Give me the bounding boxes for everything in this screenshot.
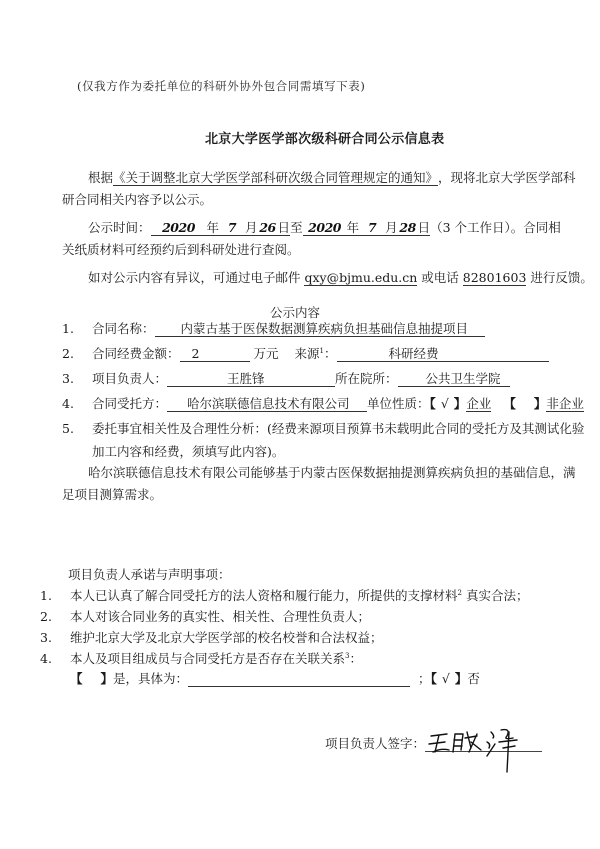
- end-year-char: 年: [347, 221, 360, 236]
- institute-field[interactable]: 公共卫生学院: [398, 372, 510, 387]
- contractor-label: 合同受托方：: [92, 396, 167, 411]
- entity-type-label: 单位性质：: [367, 396, 430, 411]
- end-year-field[interactable]: 2020: [303, 221, 347, 236]
- contract-name-label: 合同名称：: [92, 321, 155, 336]
- signature-label: 项目负责人签字：: [325, 736, 425, 751]
- pledge-title: 项目负责人承诺与声明事项：: [68, 565, 231, 583]
- funding-source-field[interactable]: 科研经费: [337, 347, 549, 362]
- pledge-item-4: 4.本人及项目组成员与合同受托方是否存在关联关系3：: [40, 649, 362, 667]
- objection-paragraph: 如对公示内容有异议，可通过电子邮件 qxy@bjmu.edu.cn 或电话 82…: [62, 268, 593, 286]
- entity-type-enterprise-label: 企业: [466, 397, 491, 412]
- pledge-item-2: 2.本人对该合同业务的真实性、相关性、合理性负责人；: [40, 607, 370, 625]
- project-lead-label: 项目负责人：: [92, 371, 167, 386]
- publicity-period: 公示时间：2020年7月26日至2020年7月28日（3 个工作日）。合同相: [62, 218, 561, 236]
- working-days-note: （3 个工作日）。合同相: [430, 220, 561, 235]
- relevance-analysis-hint: (经费来源项目预算书未载明此合同的受托方及其测试化验: [267, 421, 584, 436]
- publicity-period-label: 公示时间：: [88, 220, 151, 235]
- scope-note: (仅我方作为委托单位的科研外协外包合同需填写下表): [77, 78, 365, 94]
- entity-type-non-enterprise-checkbox[interactable]: 【】: [503, 396, 546, 411]
- end-month-char: 月: [385, 221, 398, 236]
- handwritten-signature-icon: [425, 722, 545, 774]
- relation-yes-checkbox[interactable]: 【】: [70, 671, 113, 686]
- pledge-item-3: 3.维护北京大学及北京大学医学部的校名校誉和合法权益；: [40, 628, 383, 646]
- end-day-char: 日: [418, 221, 431, 236]
- relevance-analysis-row: 5.委托事宜相关性及合理性分析：(经费来源项目预算书未载明此合同的受托方及其测试…: [62, 419, 584, 437]
- start-year-field[interactable]: 2020: [151, 221, 207, 236]
- end-month-field[interactable]: 7: [359, 221, 385, 236]
- intro-paragraph-line2: 研合同相关内容予以公示。: [62, 190, 212, 208]
- intro-prefix: 根据: [88, 170, 113, 185]
- funding-source-label: 来源: [295, 346, 320, 361]
- start-month-field[interactable]: 7: [219, 221, 245, 236]
- page-title: 北京大学医学部次级科研合同公示信息表: [205, 128, 444, 147]
- relevance-analysis-text[interactable]: 哈尔滨联德信息技术有限公司能够基于内蒙古医保数据抽提测算疾病负担的基础信息，满: [62, 463, 576, 481]
- signature-field[interactable]: [425, 734, 542, 752]
- project-lead-field[interactable]: 王胜锋: [167, 372, 335, 387]
- regulation-reference-link[interactable]: 《关于调整北京大学医学部科研次级合同管理规定的通知》: [113, 171, 438, 186]
- contractor-row: 4.合同受托方：哈尔滨联德信息技术有限公司单位性质：【√】企业【】非企业: [62, 394, 584, 412]
- start-day-char: 日: [278, 221, 291, 236]
- contract-amount-row: 2.合同经费金额：2万元来源1：科研经费: [62, 344, 549, 362]
- entity-type-enterprise-checkbox[interactable]: 【√】: [430, 396, 467, 411]
- intro-paragraph: 根据《关于调整北京大学医学部科研次级合同管理规定的通知》，现将北京大学医学部科: [62, 168, 572, 186]
- institute-label: 所在院所：: [335, 371, 398, 386]
- email-link[interactable]: qxy@bjmu.edu.cn: [304, 271, 417, 286]
- signature-row: 项目负责人签字：: [325, 734, 542, 752]
- relevance-analysis-label: 委托事宜相关性及合理性分析：: [92, 421, 267, 436]
- end-day-field[interactable]: 28: [398, 221, 418, 236]
- intro-suffix: ，现将北京大学医学部科: [438, 170, 576, 185]
- contract-amount-label: 合同经费金额：: [92, 346, 180, 361]
- to-char: 至: [290, 220, 303, 235]
- relation-options-row: 【】是，具体为：；【√】否: [70, 669, 480, 687]
- project-lead-row: 3.项目负责人：王胜锋所在院所：公共卫生学院: [62, 369, 510, 387]
- relevance-analysis-text-line2: 足项目测算需求。: [62, 485, 162, 503]
- contract-name-field[interactable]: 内蒙古基于医保数据测算疾病负担基础信息抽提项目: [155, 322, 485, 337]
- amount-unit: 万元: [254, 346, 279, 361]
- start-day-field[interactable]: 26: [258, 221, 278, 236]
- publicity-period-line2: 关纸质材料可经预约后到科研处进行查阅。: [62, 240, 300, 258]
- start-year-char: 年: [207, 221, 220, 236]
- relation-detail-field[interactable]: [188, 672, 410, 687]
- pledge-item-1: 1.本人已认真了解合同受托方的法人资格和履行能力，所提供的支撑材料2 真实合法；: [40, 586, 528, 604]
- relation-no-label: 否: [467, 671, 480, 686]
- contract-amount-field[interactable]: 2: [180, 347, 250, 362]
- relation-yes-label: 是，具体为：: [113, 671, 188, 686]
- phone-link[interactable]: 82801603: [463, 271, 527, 286]
- contract-name-row: 1.合同名称：内蒙古基于医保数据测算疾病负担基础信息抽提项目: [62, 319, 485, 337]
- entity-type-non-enterprise-label: 非企业: [546, 397, 584, 412]
- start-month-char: 月: [245, 221, 258, 236]
- contractor-field[interactable]: 哈尔滨联德信息技术有限公司: [167, 397, 367, 412]
- relevance-analysis-hint-line2: 加工内容和经费，须填写此内容)。: [92, 442, 284, 460]
- relation-no-checkbox[interactable]: 【√】: [431, 671, 468, 686]
